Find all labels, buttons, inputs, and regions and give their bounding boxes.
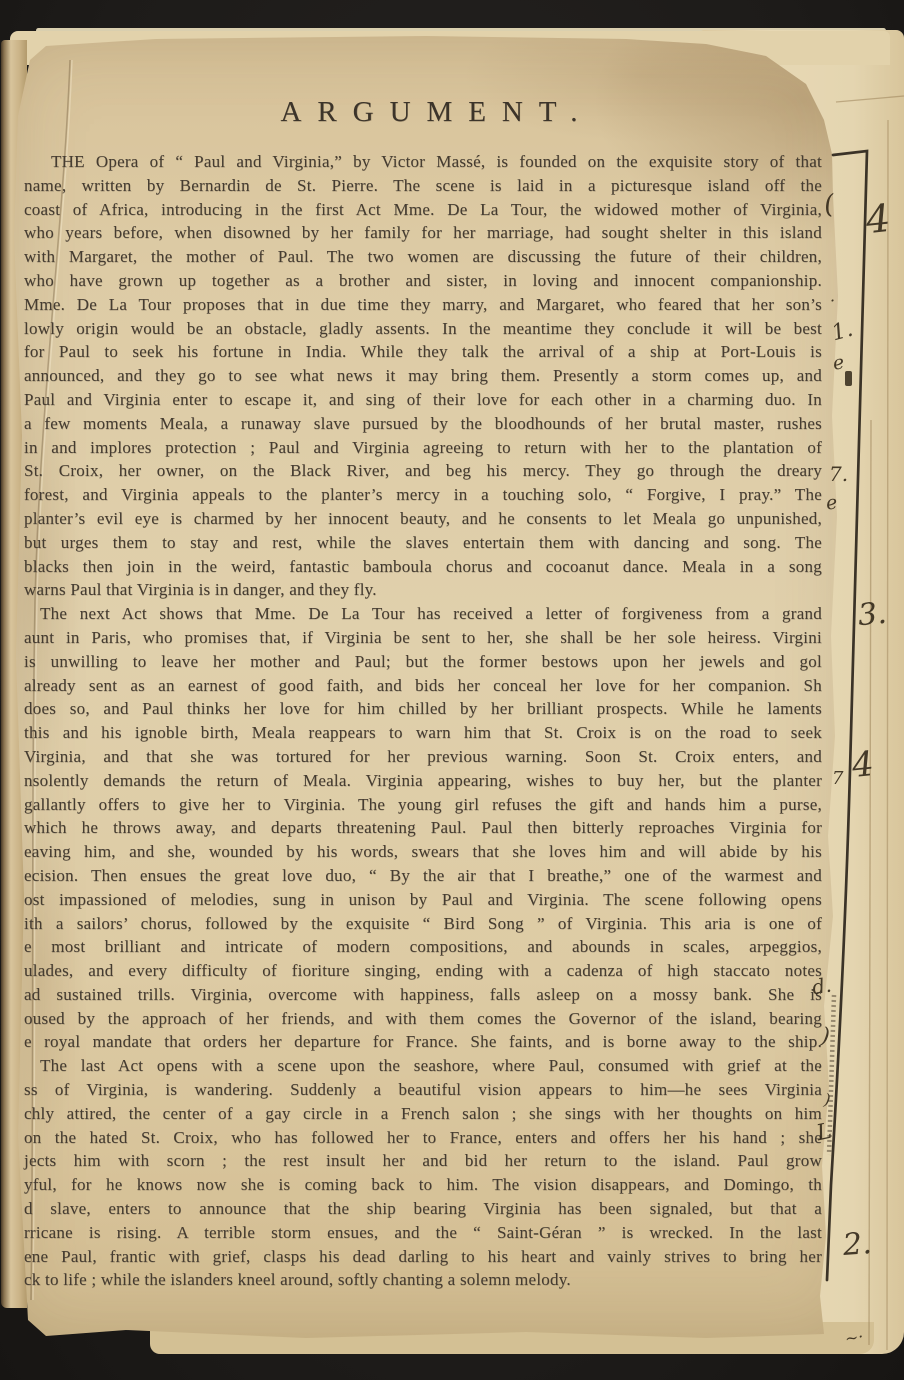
text-line: blacks then join in the weird, fantastic… xyxy=(24,555,822,579)
text-line: aunt in Paris, who promises that, if Vir… xyxy=(24,626,822,650)
text-line: eaving him, and she, wounded by his word… xyxy=(24,840,822,864)
text-line: St. Croix, her owner, on the Black River… xyxy=(24,459,822,483)
text-line: jects him with scorn ; the rest insult h… xyxy=(24,1149,822,1173)
text-line: warns Paul that Virginia is in danger, a… xyxy=(24,578,822,602)
text-line: The last Act opens with a scene upon the… xyxy=(24,1054,822,1078)
text-line: forest, and Virginia appeals to the plan… xyxy=(24,483,822,507)
text-line: ith a sailors’ chorus, followed by the e… xyxy=(24,912,822,936)
text-line: oused by the approach of her friends, an… xyxy=(24,1007,822,1031)
text-line: nsolently demands the return of Meala. V… xyxy=(24,769,822,793)
text-line: ss of Virginia, is wandering. Suddenly a… xyxy=(24,1078,822,1102)
text-line: who have grown up together as a brother … xyxy=(24,269,822,293)
text-line: a few moments Meala, a runaway slave pur… xyxy=(24,412,822,436)
text-line: Mme. De La Tour proposes that in due tim… xyxy=(24,293,822,317)
text-line: Paul and Virginia enter to escape it, an… xyxy=(24,388,822,412)
text-line: The next Act shows that Mme. De La Tour … xyxy=(24,602,822,626)
text-line: THE Opera of “ Paul and Virginia,” by Vi… xyxy=(24,150,822,174)
text-line: in and implores protection ; Paul and Vi… xyxy=(24,436,822,460)
text-line: but urges them to stay and rest, while t… xyxy=(24,531,822,555)
text-line: lowly origin would be an obstacle, gladl… xyxy=(24,317,822,341)
text-line: ecision. Then ensues the great love duo,… xyxy=(24,864,822,888)
text-line: ost impassioned of melodies, sung in uni… xyxy=(24,888,822,912)
text-line: on the hated St. Croix, who has followed… xyxy=(24,1126,822,1150)
text-line: does so, and Paul thinks her love for hi… xyxy=(24,697,822,721)
text-line: planter’s evil eye is charmed by her inn… xyxy=(24,507,822,531)
text-line: which he throws away, and departs threat… xyxy=(24,816,822,840)
text-line: gallantly offers to give her to Virginia… xyxy=(24,793,822,817)
text-line: for Paul to seek his fortune in India. W… xyxy=(24,340,822,364)
text-line: rricane is rising. A terrible storm ensu… xyxy=(24,1221,822,1245)
text-line: ulades, and every difficulty of fioritur… xyxy=(24,959,822,983)
scanned-page-photo: ARGUMENT. THE Opera of “ Paul and Virgin… xyxy=(0,0,904,1380)
text-line: with Margaret, the mother of Paul. The t… xyxy=(24,245,822,269)
text-line: is unwilling to leave her mother and Pau… xyxy=(24,650,822,674)
text-line: yful, for he knows now she is coming bac… xyxy=(24,1173,822,1197)
text-block: THE Opera of “ Paul and Virginia,” by Vi… xyxy=(24,150,822,1292)
text-line: chly attired, the center of a gay circle… xyxy=(24,1102,822,1126)
page-title: ARGUMENT. xyxy=(24,96,836,129)
text-line: name, written by Bernardin de St. Pierre… xyxy=(24,174,822,198)
text-line: coast of Africa, introducing in the firs… xyxy=(24,198,822,222)
text-line: already sent as an earnest of good faith… xyxy=(24,674,822,698)
text-line: Virginia, and that she was tortured for … xyxy=(24,745,822,769)
text-line: e royal mandate that orders her departur… xyxy=(24,1030,822,1054)
text-line: d slave, enters to announce that the shi… xyxy=(24,1197,822,1221)
text-line: e most brilliant and intricate of modern… xyxy=(24,935,822,959)
text-line: who years before, when disowned by her f… xyxy=(24,221,822,245)
text-line: this and his ignoble birth, Meala reappe… xyxy=(24,721,822,745)
text-line: ene Paul, frantic with grief, clasps his… xyxy=(24,1245,822,1269)
text-line: ck to life ; while the islanders kneel a… xyxy=(24,1268,822,1292)
text-line: ad sustained trills. Virginia, overcome … xyxy=(24,983,822,1007)
text-line: announced, and they go to see what news … xyxy=(24,364,822,388)
